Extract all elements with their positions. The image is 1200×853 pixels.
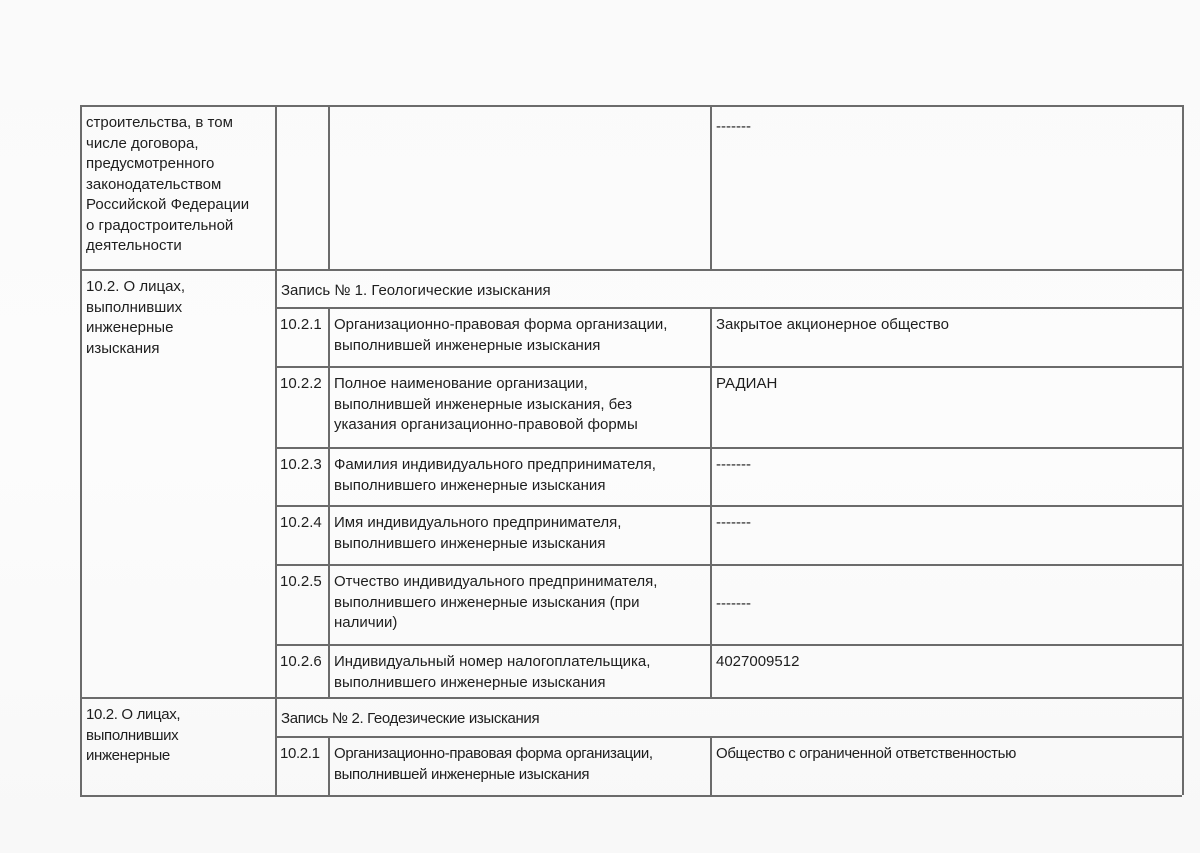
table-border-vertical <box>328 644 330 697</box>
table-border-vertical <box>80 105 82 269</box>
table-border-vertical <box>710 366 712 447</box>
field-value: ------- <box>710 564 1182 644</box>
table-border-vertical <box>328 505 330 564</box>
continued-field-cell <box>328 105 710 269</box>
field-code-text: 10.2.3 <box>280 456 322 473</box>
field-code-text: 10.2.2 <box>280 375 322 392</box>
field-name: Организационно-правовая форма организаци… <box>328 736 710 795</box>
section-label-line: 10.2. О лицах, <box>86 277 269 298</box>
field-value-text: ------- <box>716 595 751 612</box>
field-value: Закрытое акционерное общество <box>710 307 1182 366</box>
record-title: Запись № 1. Геологические изыскания <box>275 269 1182 307</box>
field-name-line: Организационно-правовая форма организаци… <box>334 315 704 336</box>
field-value: РАДИАН <box>710 366 1182 447</box>
field-value-text: 4027009512 <box>716 653 799 670</box>
table-border-vertical <box>328 447 330 505</box>
section-label-line: инженерные <box>86 746 269 767</box>
section-label: 10.2. О лицах,выполнившихинженерные <box>80 697 275 795</box>
field-value: Общество с ограниченной ответственностью <box>710 736 1182 795</box>
field-code-text: 10.2.6 <box>280 653 322 670</box>
table-border-vertical <box>1182 105 1184 269</box>
field-value-text: Закрытое акционерное общество <box>716 316 949 333</box>
field-name-line: выполнившей инженерные изыскания <box>334 765 704 786</box>
field-name-line: выполнившего инженерные изыскания <box>334 534 704 555</box>
field-code: 10.2.2 <box>275 366 328 447</box>
field-code-text: 10.2.1 <box>280 316 322 333</box>
field-value-text: ------- <box>716 456 751 473</box>
table-border-vertical <box>275 105 277 269</box>
field-value: ------- <box>710 505 1182 564</box>
field-code: 10.2.6 <box>275 644 328 697</box>
field-name-line: выполнившего инженерные изыскания <box>334 476 704 497</box>
field-code: 10.2.3 <box>275 447 328 505</box>
field-code: 10.2.1 <box>275 736 328 795</box>
field-value-text: РАДИАН <box>716 375 777 392</box>
section-label-line: 10.2. О лицах, <box>86 705 269 726</box>
continued-value-text: ------- <box>716 118 751 135</box>
field-name-line: Полное наименование организации, <box>334 374 704 395</box>
table-border-horizontal <box>80 795 275 797</box>
table-border-vertical <box>710 505 712 564</box>
field-value-text: ------- <box>716 514 751 531</box>
field-name-line: выполнившей инженерные изыскания, без <box>334 395 704 416</box>
table-border-horizontal <box>80 105 1182 107</box>
table-border-horizontal <box>275 795 1182 797</box>
continued-section-label-line: числе договора, <box>86 134 269 155</box>
table-border-vertical <box>328 736 330 795</box>
record-title-text: Запись № 1. Геологические изыскания <box>281 282 551 299</box>
table-border-vertical <box>710 736 712 795</box>
table-border-vertical <box>328 564 330 644</box>
field-name-line: выполнившего инженерные изыскания <box>334 673 704 694</box>
record-title-text: Запись № 2. Геодезические изыскания <box>281 710 539 727</box>
field-value-text: Общество с ограниченной ответственностью <box>716 745 1016 762</box>
field-name-line: Организационно-правовая форма организаци… <box>334 744 704 765</box>
field-name-line: наличии) <box>334 613 704 634</box>
field-code: 10.2.1 <box>275 307 328 366</box>
field-value: 4027009512 <box>710 644 1182 697</box>
continued-section-label-line: о градостроительной <box>86 216 269 237</box>
field-name: Имя индивидуального предпринимателя,выпо… <box>328 505 710 564</box>
field-name: Организационно-правовая форма организаци… <box>328 307 710 366</box>
field-name-line: Имя индивидуального предпринимателя, <box>334 513 704 534</box>
section-label-line: выполнивших <box>86 298 269 319</box>
table-border-vertical <box>710 564 712 644</box>
field-name: Полное наименование организации,выполнив… <box>328 366 710 447</box>
section-label-line: выполнивших <box>86 726 269 747</box>
table-border-vertical <box>328 105 330 269</box>
table-border-vertical <box>710 644 712 697</box>
section-label-line: изыскания <box>86 339 269 360</box>
field-name: Отчество индивидуального предпринимателя… <box>328 564 710 644</box>
field-code-text: 10.2.4 <box>280 514 322 531</box>
section-label-line: инженерные <box>86 318 269 339</box>
continued-section-label-line: деятельности <box>86 236 269 257</box>
table-border-vertical <box>328 366 330 447</box>
field-name-line: Индивидуальный номер налогоплательщика, <box>334 652 704 673</box>
continued-section-label-line: законодательством <box>86 175 269 196</box>
table-border-vertical <box>1182 269 1184 697</box>
field-value: ------- <box>710 447 1182 505</box>
scanned-document-page: строительства, в томчисле договора,преду… <box>0 0 1200 853</box>
record-title: Запись № 2. Геодезические изыскания <box>275 697 1182 736</box>
continued-section-label: строительства, в томчисле договора,преду… <box>80 105 275 269</box>
field-code: 10.2.5 <box>275 564 328 644</box>
table-border-vertical <box>710 307 712 366</box>
field-code-text: 10.2.5 <box>280 573 322 590</box>
continued-section-label-line: строительства, в том <box>86 113 269 134</box>
field-name-line: выполнившего инженерные изыскания (при <box>334 593 704 614</box>
field-name: Индивидуальный номер налогоплательщика,в… <box>328 644 710 697</box>
continued-code-cell <box>275 105 328 269</box>
continued-section-label-line: предусмотренного <box>86 154 269 175</box>
continued-section-label-line: Российской Федерации <box>86 195 269 216</box>
table-border-vertical <box>328 307 330 366</box>
table-border-vertical <box>1182 697 1184 795</box>
field-name-line: Фамилия индивидуального предпринимателя, <box>334 455 704 476</box>
section-label: 10.2. О лицах,выполнившихинженерныеизыск… <box>80 269 275 697</box>
field-name: Фамилия индивидуального предпринимателя,… <box>328 447 710 505</box>
field-name-line: Отчество индивидуального предпринимателя… <box>334 572 704 593</box>
field-code-text: 10.2.1 <box>280 745 320 762</box>
continued-value: ------- <box>710 105 1182 269</box>
field-name-line: указания организационно-правовой формы <box>334 415 704 436</box>
table-border-vertical <box>710 105 712 269</box>
table-border-vertical <box>710 447 712 505</box>
field-name-line: выполнившей инженерные изыскания <box>334 336 704 357</box>
field-code: 10.2.4 <box>275 505 328 564</box>
